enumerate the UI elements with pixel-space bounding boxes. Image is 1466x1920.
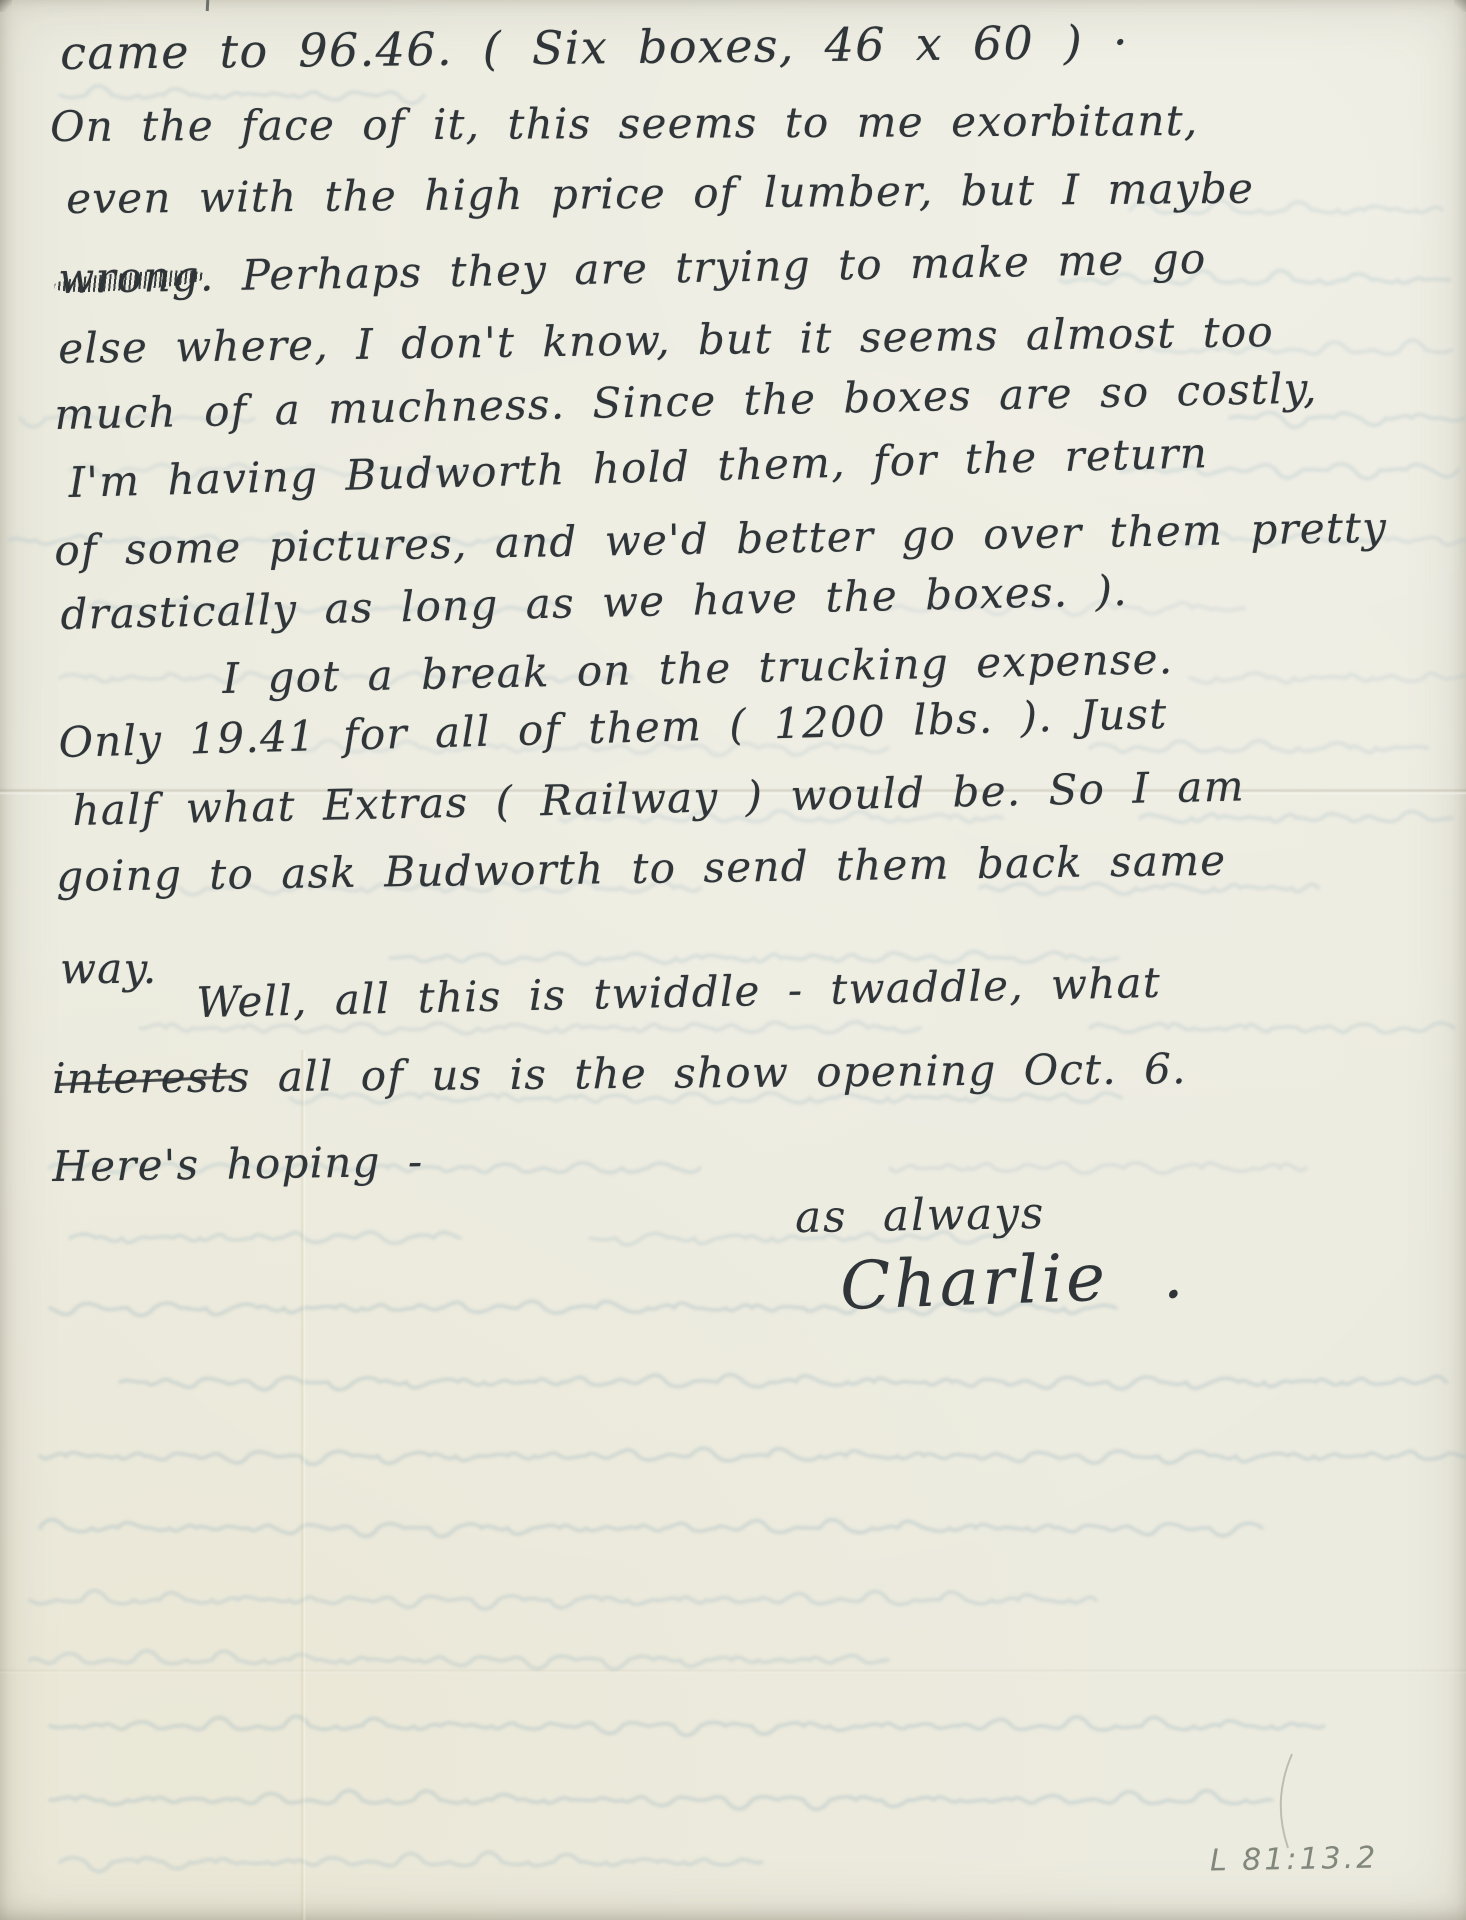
letter-page: came to 96.46. ( Six boxes, 46 x 60 ) ·O… xyxy=(0,0,1466,1920)
bleed-through-line xyxy=(30,1591,1096,1609)
bleed-through-line xyxy=(40,1448,1466,1464)
crossed-out-word: interests xyxy=(52,1054,251,1102)
bleed-through-line xyxy=(1190,673,1466,683)
letter-line: even with the high price of lumber, but … xyxy=(66,166,1254,223)
bleed-through-line xyxy=(1230,413,1464,428)
crossed-out-word: wrong xyxy=(58,254,200,303)
letter-line: On the face of it, this seems to me exor… xyxy=(50,98,1199,150)
signature: Charlie . xyxy=(839,1236,1188,1325)
pencil-stray-mark xyxy=(1262,1752,1312,1852)
letter-line: way. xyxy=(60,946,158,992)
letter-line: came to 96.46. ( Six boxes, 46 x 60 ) · xyxy=(60,17,1129,79)
bleed-through-line xyxy=(50,1716,1324,1735)
bleed-through-line xyxy=(30,1651,888,1669)
bleed-through-line xyxy=(50,1791,1272,1810)
corner-mark-top-left xyxy=(0,0,12,12)
bleed-through-line xyxy=(60,1852,762,1871)
bleed-through-line xyxy=(1140,811,1452,822)
bleed-through-line xyxy=(1090,741,1428,753)
bleed-through-line xyxy=(120,1375,1446,1390)
bleed-through-line xyxy=(1090,1023,1454,1033)
bleed-through-line xyxy=(70,1232,460,1243)
letter-line: Here's hoping - xyxy=(52,1139,424,1190)
bleed-through-line xyxy=(40,1520,1262,1537)
catalog-number: L 81:13.2 xyxy=(1210,1841,1379,1879)
bleed-through-line xyxy=(890,1163,1306,1173)
closing: as always xyxy=(795,1188,1046,1243)
top-edge-pen-tick xyxy=(206,0,210,11)
corner-mark-top-right xyxy=(1454,0,1466,12)
letter-line: interests all of us is the show opening … xyxy=(52,1046,1187,1102)
